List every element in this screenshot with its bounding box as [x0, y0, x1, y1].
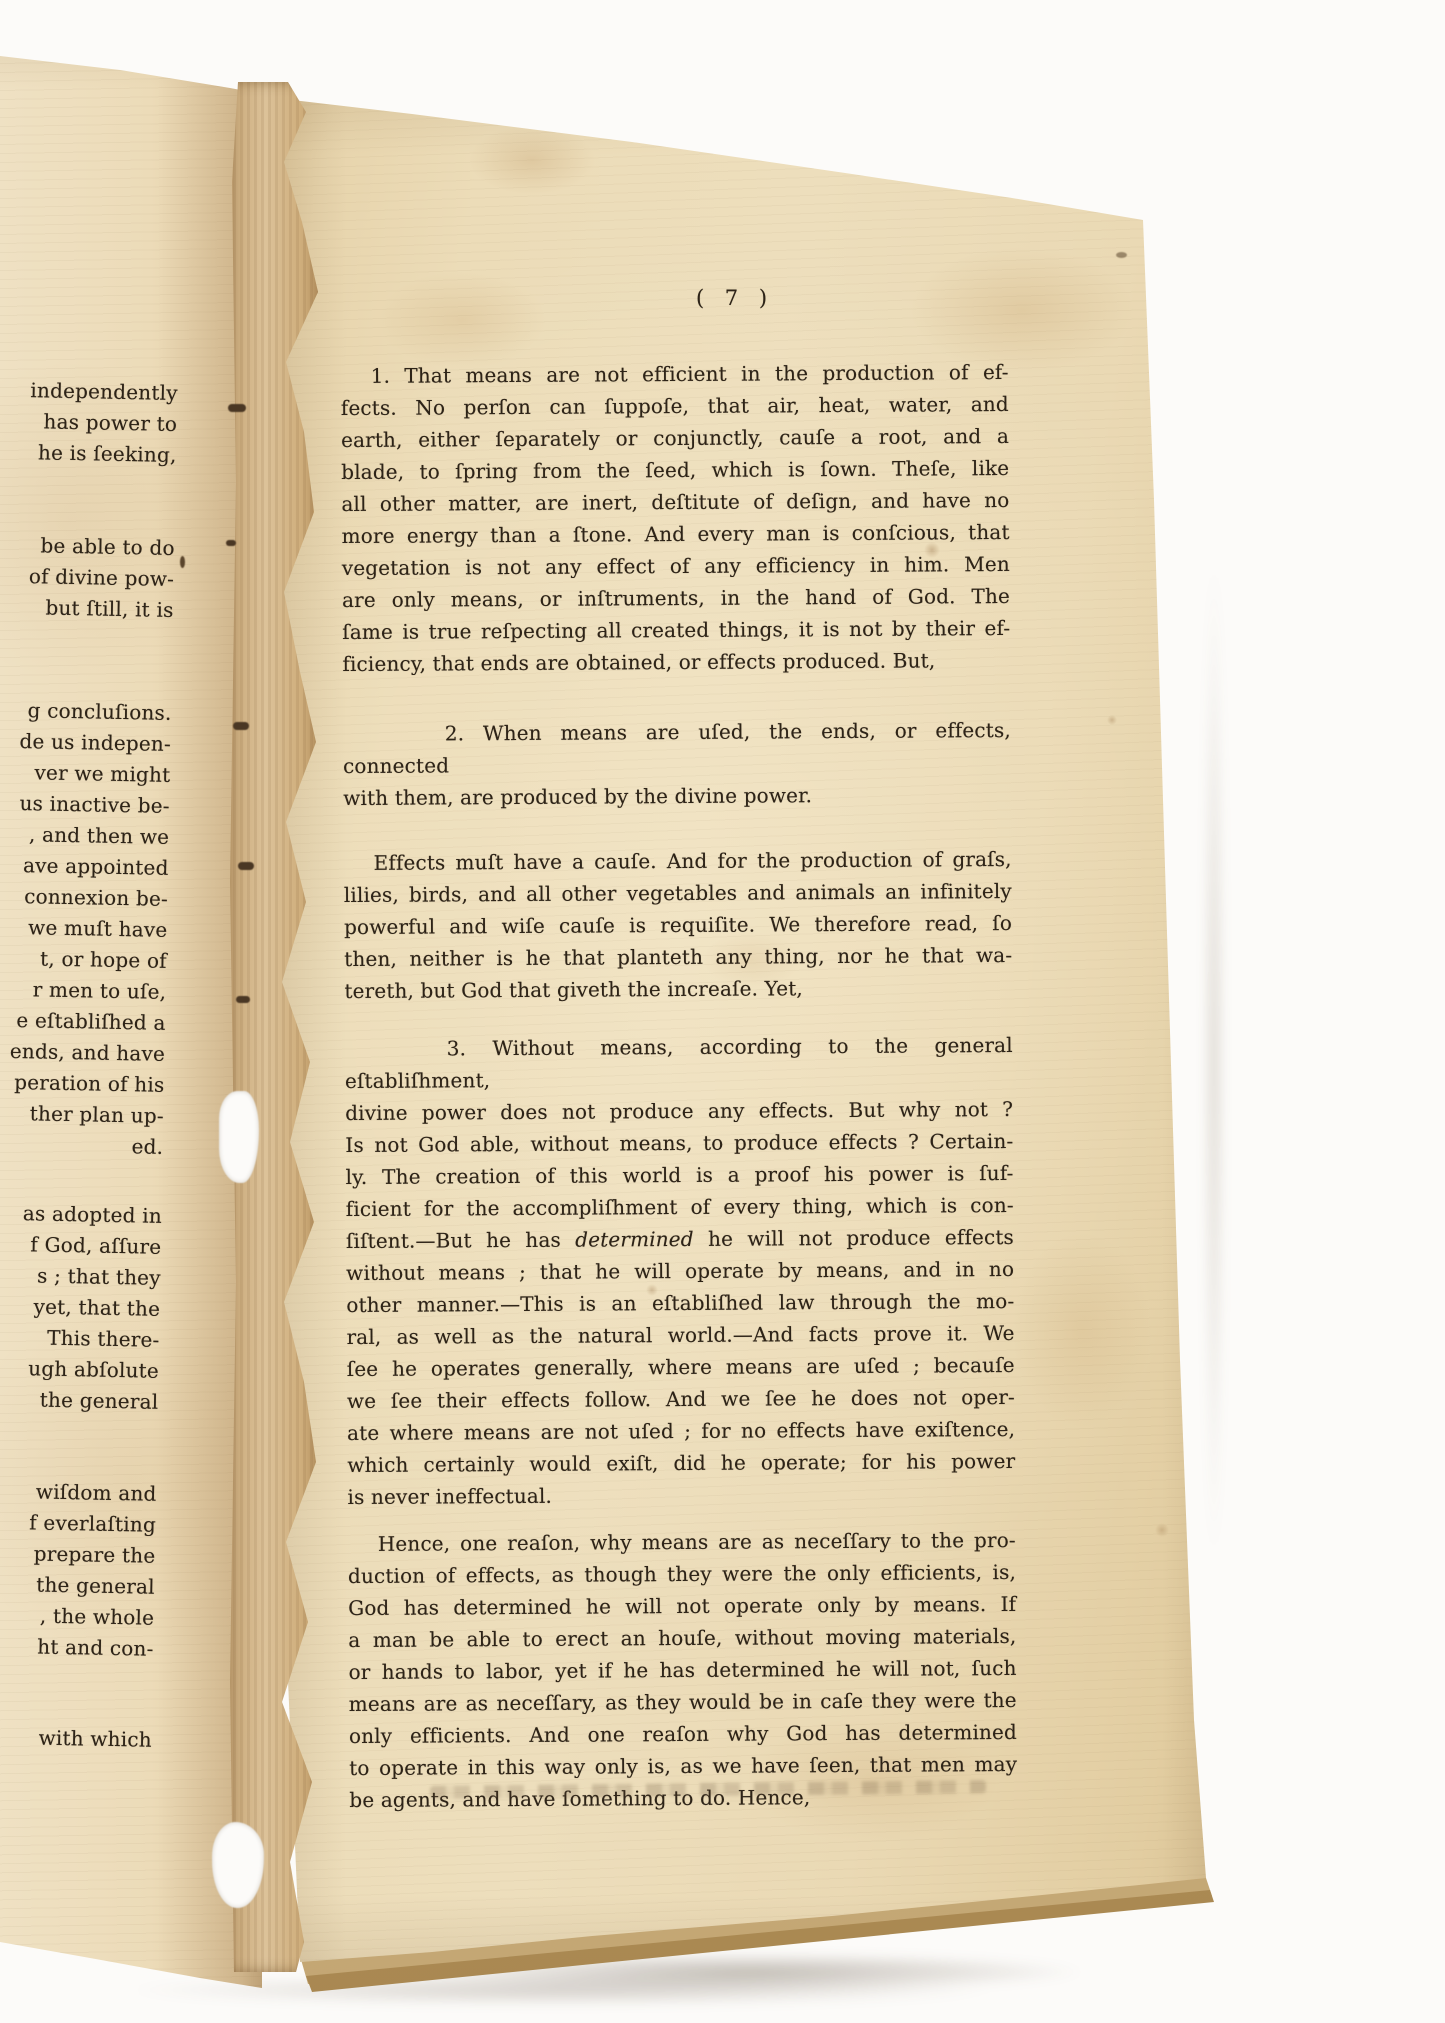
paragraph: Hence, one reaſon, why means are as nece…	[348, 1524, 1018, 1816]
text-line: g concluſions.	[0, 695, 172, 729]
text-segment: ed.	[131, 1134, 163, 1159]
text-segment: blade, to ſpring from the ſeed, which is…	[341, 456, 1009, 484]
right-page: ( 7 ) 1. That means are not efficient in…	[232, 80, 1222, 1990]
text-segment: , the whole	[40, 1604, 155, 1630]
text-line: of divine pow-	[0, 561, 174, 595]
text-segment: only efficients. And one reaſon why God …	[349, 1720, 1017, 1748]
text-segment: f God, aſſure	[30, 1232, 161, 1259]
text-line: , the whole	[0, 1599, 154, 1633]
text-line: all other matter, are inert, deſtitute o…	[341, 484, 1009, 520]
text-line: only efficients. And one reaſon why God …	[349, 1716, 1017, 1752]
text-segment: or hands to labor, yet if he has determi…	[349, 1656, 1017, 1684]
text-line: as adopted in	[0, 1197, 162, 1231]
text-segment: ugh abſolute	[28, 1356, 159, 1383]
text-segment: determined	[575, 1227, 694, 1252]
text-segment: tereth, but God that giveth the increaſe…	[344, 976, 803, 1003]
ink-speck	[180, 556, 185, 568]
text-segment: s ; that they	[37, 1263, 161, 1289]
left-page-text-column: independentlyhas power tohe is ſeeking, …	[0, 375, 178, 1756]
text-line: the general	[0, 1383, 159, 1417]
stitch-mark	[236, 996, 250, 1003]
text-line: means are as neceſſary, as they would be…	[349, 1684, 1017, 1720]
text-segment: a man be able to erect an houſe, without…	[348, 1624, 1016, 1652]
text-segment: duction of effects, as though they were …	[348, 1560, 1016, 1588]
text-segment: with them, are produced by the divine po…	[343, 783, 812, 810]
text-segment: more energy than a ſtone. And every man …	[342, 520, 1010, 548]
text-fragment: g concluſions.de us indepen-ver we might…	[0, 695, 172, 1163]
text-line: connexion be-	[0, 880, 168, 914]
text-segment: r men to uſe,	[33, 977, 167, 1004]
text-segment: ficiency, that ends are obtained, or eff…	[342, 648, 935, 676]
text-line: ly. The creation of this world is a proo…	[345, 1157, 1013, 1193]
text-segment: lilies, birds, and all other vegetables …	[344, 879, 1012, 907]
text-segment: 3. Without means, according to the gener…	[345, 1033, 1013, 1093]
text-fragment: as adopted inf God, aſſures ; that theyy…	[0, 1197, 162, 1417]
text-segment: ver we might	[34, 760, 170, 787]
text-line: God has determined he will not operate o…	[348, 1588, 1016, 1624]
text-segment: then, neither is he that planteth any th…	[344, 943, 1012, 971]
text-line: ſee he operates generally, where means a…	[347, 1349, 1015, 1385]
text-segment: independently	[30, 378, 178, 405]
text-line: ends, and have	[0, 1035, 165, 1069]
text-segment: , and then we	[29, 822, 170, 849]
text-line: without means ; that he will operate by …	[346, 1253, 1014, 1289]
text-line: prepare the	[0, 1537, 156, 1571]
text-line: with which	[0, 1721, 152, 1755]
text-line: ave appointed	[0, 849, 169, 883]
text-segment: are only means, or inſtruments, in the h…	[342, 584, 1010, 612]
text-segment: to operate in this way only is, as we ha…	[349, 1752, 1017, 1780]
text-line: t, or hope of	[0, 942, 167, 976]
text-segment: he is ſeeking,	[38, 440, 177, 467]
text-line: which certainly would exiſt, did he oper…	[347, 1445, 1015, 1481]
text-segment: connexion be-	[24, 884, 168, 911]
text-line: ht and con-	[0, 1630, 154, 1664]
text-segment: ficient for the accompliſhment of every …	[346, 1193, 1014, 1221]
text-fragment: with which	[0, 1721, 152, 1755]
text-line: with them, are produced by the divine po…	[343, 778, 1011, 814]
paragraph: 3. Without means, according to the gener…	[345, 1029, 1016, 1513]
text-line: lilies, birds, and all other vegetables …	[344, 875, 1012, 911]
text-segment: t, or hope of	[40, 946, 167, 972]
text-line: r men to uſe,	[0, 973, 167, 1007]
text-line: Hence, one reaſon, why means are as nece…	[348, 1524, 1016, 1560]
text-segment: prepare the	[34, 1541, 156, 1567]
text-segment: other manner.—This is an eſtabliſhed law…	[346, 1289, 1014, 1317]
text-line: Effects muſt have a cauſe. And for the p…	[344, 843, 1012, 879]
text-line: are only means, or inſtruments, in the h…	[342, 580, 1010, 616]
text-line: duction of effects, as though they were …	[348, 1556, 1016, 1592]
text-line: be able to do	[0, 530, 175, 564]
text-segment: God has determined he will not operate o…	[348, 1592, 1016, 1620]
text-segment: which certainly would exiſt, did he oper…	[347, 1449, 1015, 1477]
text-line: ver we might	[0, 757, 171, 791]
text-line: ugh abſolute	[0, 1352, 159, 1386]
page-number: ( 7 )	[345, 286, 1013, 310]
text-line: wiſdom and	[0, 1475, 157, 1509]
text-line: ed.	[0, 1128, 164, 1162]
text-line: divine power does not produce any effect…	[345, 1093, 1013, 1129]
text-line: 2. When means are uſed, the ends, or eff…	[343, 714, 1011, 782]
text-segment: us inactive be-	[19, 791, 170, 818]
text-line: has power to	[0, 406, 177, 440]
text-segment: he will not produce effects	[694, 1225, 1014, 1251]
text-segment: de us indepen-	[19, 729, 171, 756]
text-line: ficiency, that ends are obtained, or eff…	[342, 644, 1010, 680]
text-line: ther plan up-	[0, 1097, 164, 1131]
text-line: tereth, but God that giveth the increaſe…	[344, 971, 1012, 1007]
text-segment: without means ; that he will operate by …	[346, 1257, 1014, 1285]
text-line: 1. That means are not efficient in the p…	[341, 356, 1009, 392]
text-segment: the general	[36, 1573, 155, 1599]
text-line: other manner.—This is an eſtabliſhed law…	[346, 1285, 1014, 1321]
text-fragment: be able to doof divine pow-but ſtill, it…	[0, 530, 175, 626]
text-segment: all other matter, are inert, deſtitute o…	[341, 488, 1009, 516]
text-line: f God, aſſure	[0, 1228, 162, 1262]
text-segment: fects. No perſon can ſuppoſe, that air, …	[341, 392, 1009, 420]
text-segment: Hence, one reaſon, why means are as nece…	[378, 1528, 1016, 1556]
text-line: blade, to ſpring from the ſeed, which is…	[341, 452, 1009, 488]
text-line: more energy than a ſtone. And every man …	[342, 516, 1010, 552]
text-segment: is never ineffectual.	[347, 1484, 552, 1509]
text-segment: the general	[40, 1388, 159, 1414]
ink-speck	[1116, 252, 1127, 258]
text-segment: ends, and have	[10, 1039, 166, 1066]
text-segment: ſee he operates generally, where means a…	[347, 1353, 1015, 1381]
text-segment: ther plan up-	[30, 1101, 165, 1128]
text-line: ate where means are not uſed ; for no ef…	[347, 1413, 1015, 1449]
stitch-mark	[228, 404, 246, 412]
text-line: vegetation is not any effect of any effi…	[342, 548, 1010, 584]
text-segment: yet, that the	[33, 1294, 160, 1320]
text-line: e eſtabliſhed a	[0, 1004, 166, 1038]
text-segment: divine power does not produce any effect…	[345, 1097, 1013, 1125]
text-line: This there-	[0, 1321, 160, 1355]
text-segment: be able to do	[40, 533, 175, 560]
text-segment: has power to	[43, 409, 177, 436]
text-segment: 1. That means are not efficient in the p…	[371, 360, 1009, 388]
text-line: , and then we	[0, 819, 169, 853]
text-line: yet, that the	[0, 1290, 160, 1324]
text-segment: ſiſtent.—But he has	[346, 1228, 575, 1253]
text-segment: ſame is true reſpecting all created thin…	[342, 616, 1010, 644]
stitch-mark	[226, 540, 236, 546]
text-line: 3. Without means, according to the gener…	[345, 1029, 1013, 1097]
stitch-mark	[238, 862, 254, 870]
text-line: the general	[0, 1568, 155, 1602]
stitch-mark	[233, 722, 249, 730]
text-line: fects. No perſon can ſuppoſe, that air, …	[341, 388, 1009, 424]
text-segment: earth, either ſeparately or conjunctly, …	[341, 424, 1009, 452]
text-segment: Is not God able, without means, to produ…	[345, 1129, 1013, 1157]
text-line: Is not God able, without means, to produ…	[345, 1125, 1013, 1161]
text-segment: vegetation is not any effect of any effi…	[342, 552, 1010, 580]
text-segment: wiſdom and	[36, 1479, 157, 1505]
text-segment: g concluſions.	[27, 698, 171, 725]
text-segment: peration of his	[14, 1070, 165, 1097]
text-line: a man be able to erect an houſe, without…	[348, 1620, 1016, 1656]
text-line: powerful and wiſe cauſe is requiſite. We…	[344, 907, 1012, 943]
text-segment: f everlaſting	[29, 1510, 156, 1536]
text-segment: ral, as well as the natural world.—And f…	[346, 1321, 1014, 1349]
text-segment: we ſee their effects follow. And we ſee …	[347, 1385, 1015, 1413]
text-line: earth, either ſeparately or conjunctly, …	[341, 420, 1009, 456]
paragraph: Effects muſt have a cauſe. And for the p…	[344, 843, 1013, 1007]
text-fragment: wiſdom andf everlaſtingprepare thethe ge…	[0, 1475, 157, 1664]
text-segment: we muſt have	[28, 915, 168, 942]
text-line: he is ſeeking,	[0, 437, 177, 471]
text-line: f everlaſting	[0, 1506, 156, 1540]
paragraph: 2. When means are uſed, the ends, or eff…	[343, 714, 1012, 814]
text-line: s ; that they	[0, 1259, 161, 1293]
text-segment: ate where means are not uſed ; for no ef…	[347, 1417, 1015, 1445]
text-line: peration of his	[0, 1066, 165, 1100]
text-segment: ht and con-	[37, 1635, 154, 1661]
text-line: us inactive be-	[0, 788, 170, 822]
wormhole	[219, 1091, 259, 1183]
text-line: ral, as well as the natural world.—And f…	[346, 1317, 1014, 1353]
text-segment: 2. When means are uſed, the ends, or eff…	[343, 718, 1011, 778]
text-line: independently	[0, 375, 178, 409]
paragraph: 1. That means are not efficient in the p…	[341, 356, 1011, 680]
page-text: 1. That means are not efficient in the p…	[341, 356, 1018, 1816]
text-line: de us indepen-	[0, 726, 171, 760]
book-photo: independentlyhas power tohe is ſeeking, …	[0, 0, 1445, 2023]
text-line: ſame is true reſpecting all created thin…	[342, 612, 1010, 648]
text-segment: ave appointed	[23, 853, 169, 880]
text-line: then, neither is he that planteth any th…	[344, 939, 1012, 975]
text-segment: Effects muſt have a cauſe. And for the p…	[374, 847, 1012, 875]
text-line: ſiſtent.—But he has determined he will n…	[346, 1221, 1014, 1257]
text-segment: of divine pow-	[29, 564, 175, 591]
text-segment: This there-	[47, 1326, 160, 1352]
text-segment: powerful and wiſe cauſe is requiſite. We…	[344, 911, 1012, 939]
text-segment: ly. The creation of this world is a proo…	[345, 1161, 1013, 1189]
text-line: to operate in this way only is, as we ha…	[349, 1748, 1017, 1784]
text-line: but ſtill, it is	[0, 592, 174, 626]
text-segment: means are as neceſſary, as they would be…	[349, 1688, 1017, 1716]
text-line: ficient for the accompliſhment of every …	[346, 1189, 1014, 1225]
text-segment: e eſtabliſhed a	[16, 1008, 166, 1035]
text-line: we muſt have	[0, 911, 168, 945]
text-line: or hands to labor, yet if he has determi…	[348, 1652, 1016, 1688]
text-line: is never ineffectual.	[347, 1477, 1015, 1513]
text-segment: with which	[38, 1726, 152, 1752]
text-segment: as adopted in	[23, 1201, 162, 1228]
text-line: we ſee their effects follow. And we ſee …	[347, 1381, 1015, 1417]
text-segment: but ſtill, it is	[45, 596, 174, 622]
text-fragment: independentlyhas power tohe is ſeeking,	[0, 375, 178, 471]
